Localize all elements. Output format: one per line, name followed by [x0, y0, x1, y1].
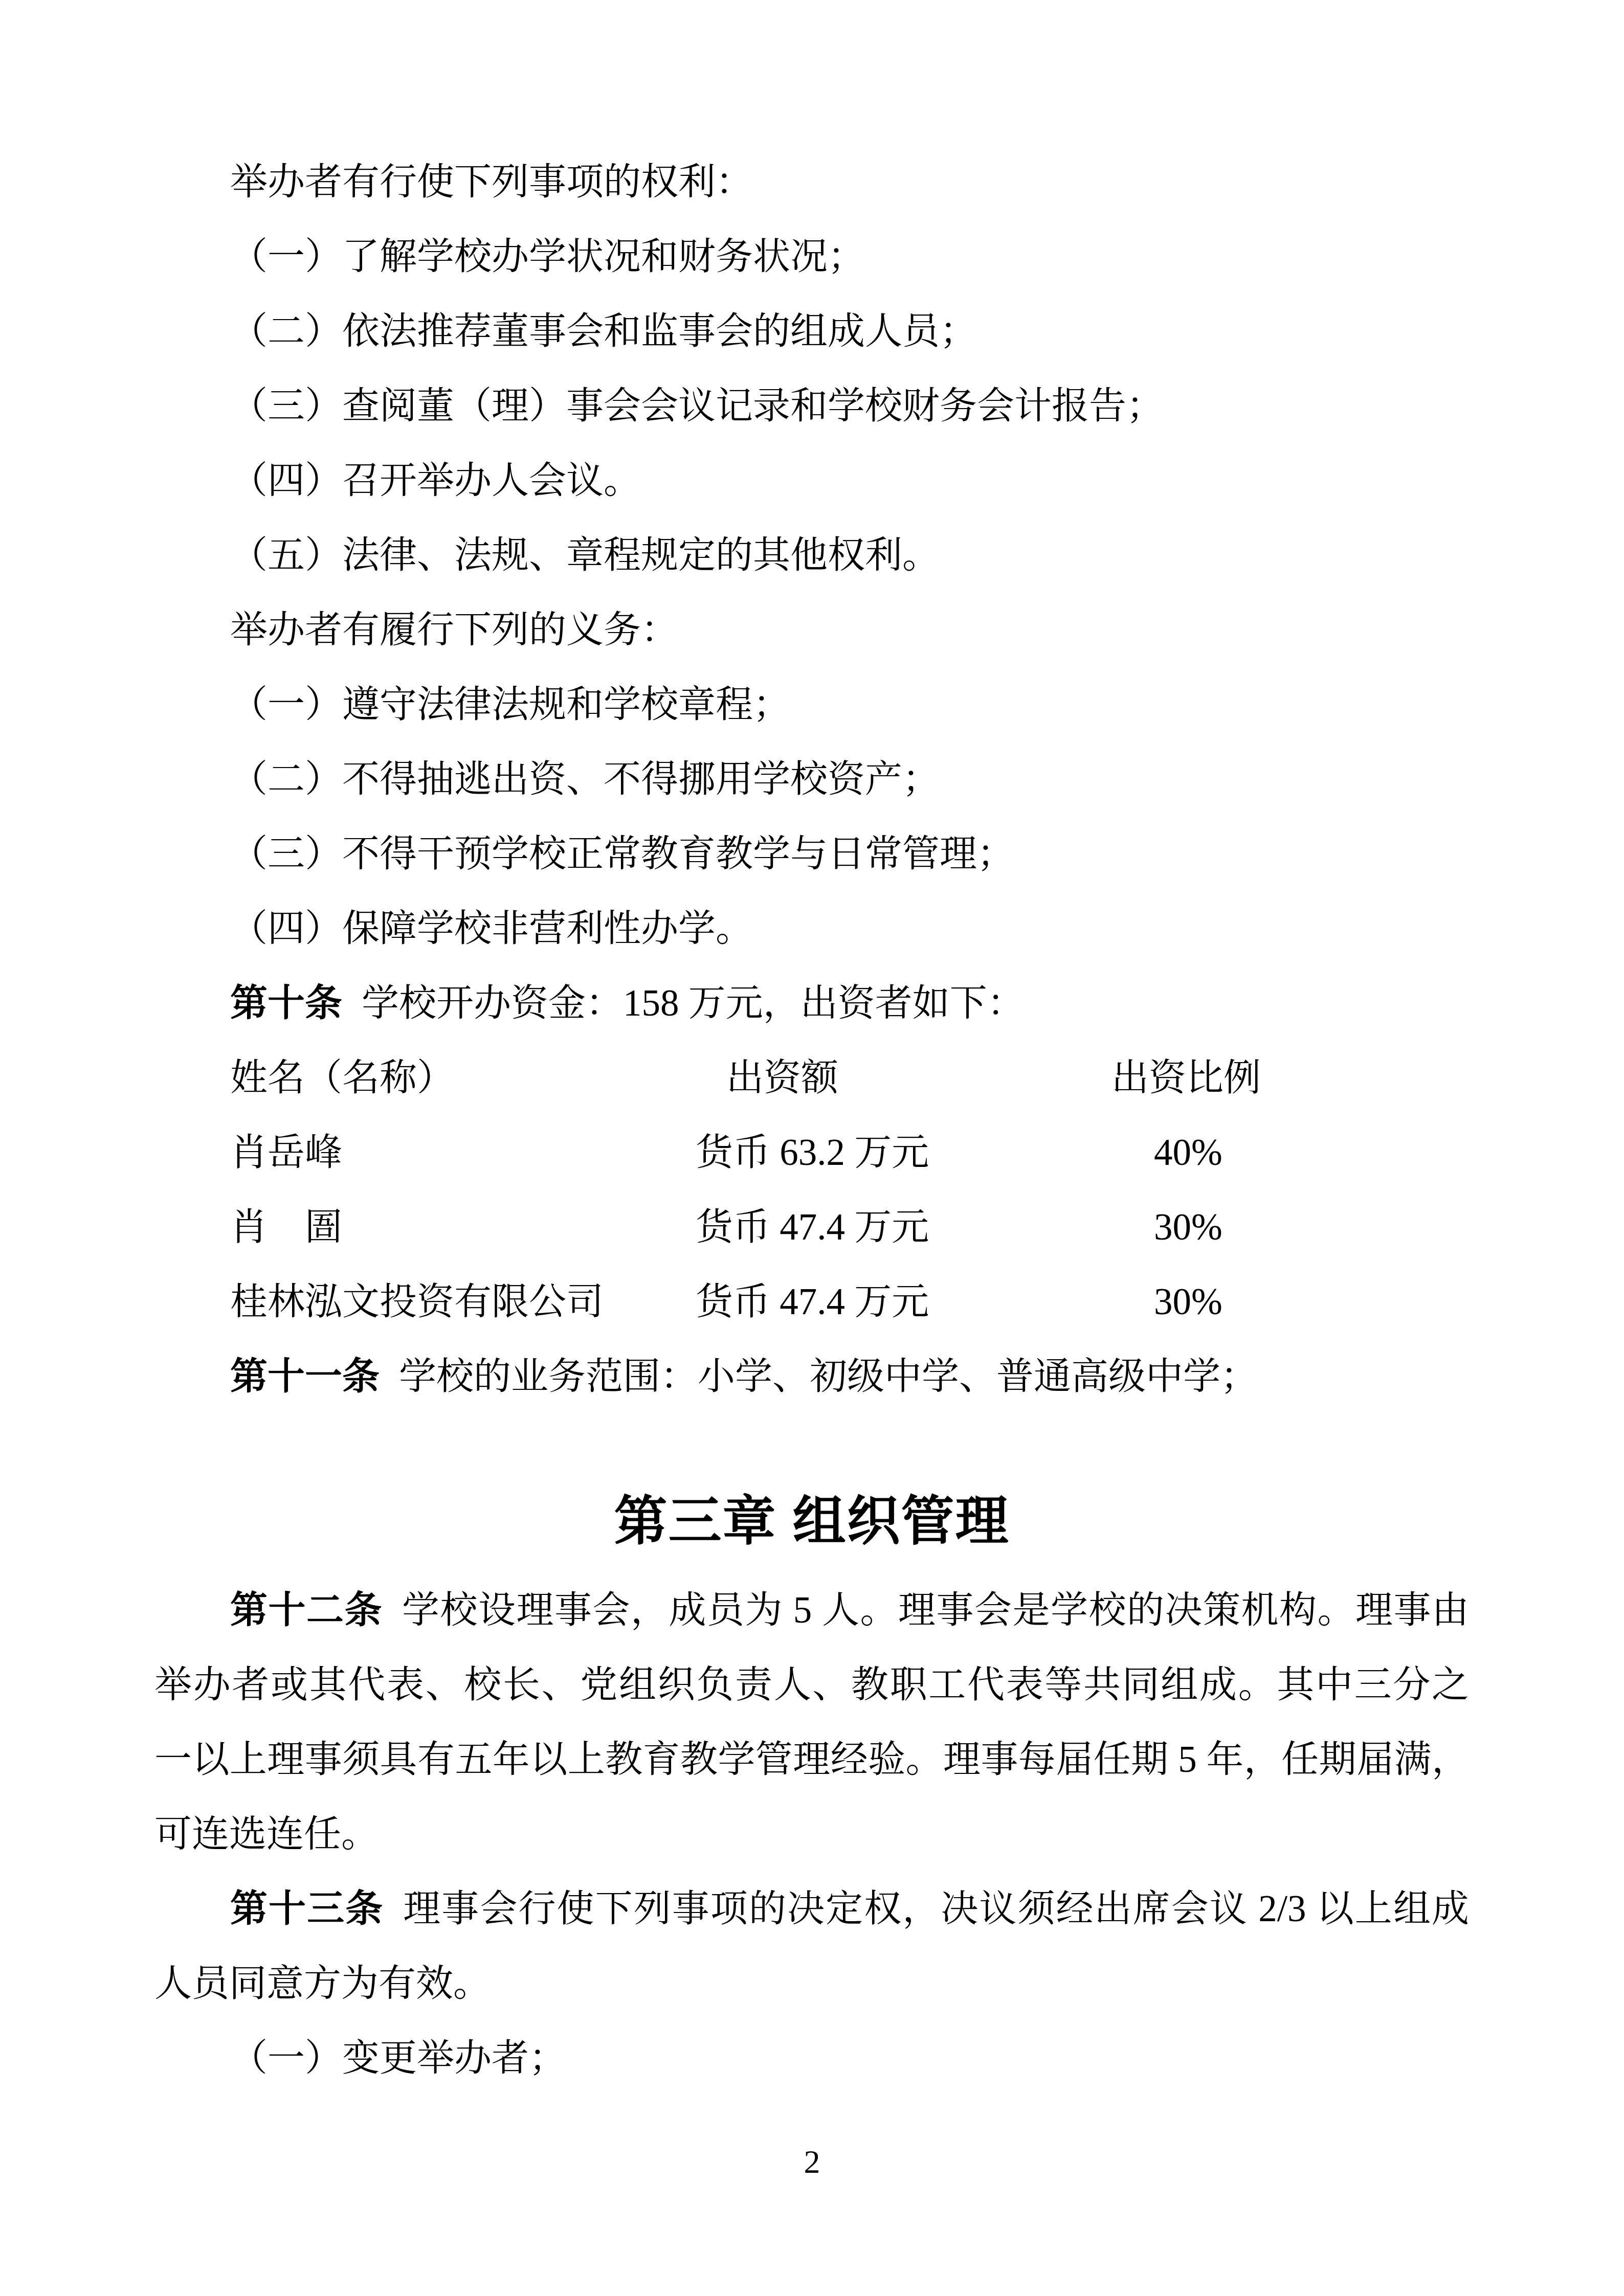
funding-table-header-name: 姓名（名称）	[230, 1041, 454, 1115]
funder-name: 肖 圄	[230, 1190, 342, 1265]
funder-name: 桂林泓文投资有限公司	[230, 1265, 604, 1339]
rights-item-3: （三）查阅董（理）事会会议记录和学校财务会计报告；	[154, 369, 1469, 443]
page-content: 举办者有行使下列事项的权利： （一）了解学校办学状况和财务状况； （二）依法推荐…	[154, 145, 1469, 2096]
decision-item-1: （一）变更举办者；	[154, 2021, 1469, 2096]
document-page: 举办者有行使下列事项的权利： （一）了解学校办学状况和财务状况； （二）依法推荐…	[0, 0, 1624, 2296]
article-13-label: 第十三条	[230, 1888, 384, 1929]
rights-item-5: （五）法律、法规、章程规定的其他权利。	[154, 518, 1469, 593]
funding-table-header-amount: 出资额	[726, 1041, 838, 1115]
duties-item-1: （一）遵守法律法规和学校章程；	[154, 667, 1469, 742]
funder-ratio: 30%	[1111, 1190, 1265, 1265]
chapter-3-heading: 第三章 组织管理	[154, 1484, 1469, 1559]
article-12-line-4: 可连选连任。	[154, 1797, 1469, 1872]
funding-table-row: 桂林泓文投资有限公司 货币 47.4 万元 30%	[154, 1265, 1469, 1339]
rights-item-2: （二）依法推荐董事会和监事会的组成人员；	[154, 294, 1469, 369]
rights-item-1: （一）了解学校办学状况和财务状况；	[154, 219, 1469, 294]
funder-ratio: 40%	[1111, 1115, 1265, 1190]
article-11-label: 第十一条	[230, 1356, 380, 1397]
article-10-label: 第十条	[230, 982, 342, 1024]
article-12-line-3: 一以上理事须具有五年以上教育教学管理经验。理事每届任期 5 年，任期届满，	[154, 1722, 1469, 1797]
funding-table-header-ratio: 出资比例	[1111, 1041, 1261, 1115]
duties-item-3: （三）不得干预学校正常教育教学与日常管理；	[154, 817, 1469, 891]
funding-table-row: 肖 圄 货币 47.4 万元 30%	[154, 1190, 1469, 1265]
funding-table-row: 肖岳峰 货币 63.2 万元 40%	[154, 1115, 1469, 1190]
rights-lead: 举办者有行使下列事项的权利：	[154, 145, 1469, 219]
article-13-line-2: 人员同意方为有效。	[154, 1946, 1469, 2021]
funder-name: 肖岳峰	[230, 1115, 342, 1190]
duties-item-4: （四）保障学校非营利性办学。	[154, 891, 1469, 966]
article-12-line-2: 举办者或其代表、校长、党组织负责人、教职工代表等共同组成。其中三分之	[154, 1648, 1469, 1722]
duties-item-2: （二）不得抽逃出资、不得挪用学校资产；	[154, 742, 1469, 817]
article-10-line: 第十条学校开办资金：158 万元，出资者如下：	[154, 966, 1469, 1041]
rights-item-4: （四）召开举办人会议。	[154, 443, 1469, 518]
article-12-text-1: 学校设理事会，成员为 5 人。理事会是学校的决策机构。理事由	[402, 1589, 1469, 1631]
article-12-line-1: 第十二条学校设理事会，成员为 5 人。理事会是学校的决策机构。理事由	[154, 1573, 1469, 1648]
funder-amount: 货币 47.4 万元	[696, 1265, 929, 1339]
article-10-text: 学校开办资金：158 万元，出资者如下：	[362, 982, 1025, 1024]
funder-amount: 货币 47.4 万元	[696, 1190, 929, 1265]
article-13-line-1: 第十三条理事会行使下列事项的决定权，决议须经出席会议 2/3 以上组成	[154, 1872, 1469, 1946]
article-11-text: 学校的业务范围：小学、初级中学、普通高级中学；	[399, 1356, 1258, 1397]
funder-amount: 货币 63.2 万元	[696, 1115, 929, 1190]
funder-ratio: 30%	[1111, 1265, 1265, 1339]
article-13-text-1: 理事会行使下列事项的决定权，决议须经出席会议 2/3 以上组成	[403, 1888, 1469, 1929]
article-11-line: 第十一条学校的业务范围：小学、初级中学、普通高级中学；	[154, 1339, 1469, 1414]
article-12-label: 第十二条	[230, 1589, 383, 1631]
page-number: 2	[0, 2142, 1624, 2182]
duties-lead: 举办者有履行下列的义务：	[154, 593, 1469, 667]
funding-table-header-row: 姓名（名称） 出资额 出资比例	[154, 1041, 1469, 1115]
